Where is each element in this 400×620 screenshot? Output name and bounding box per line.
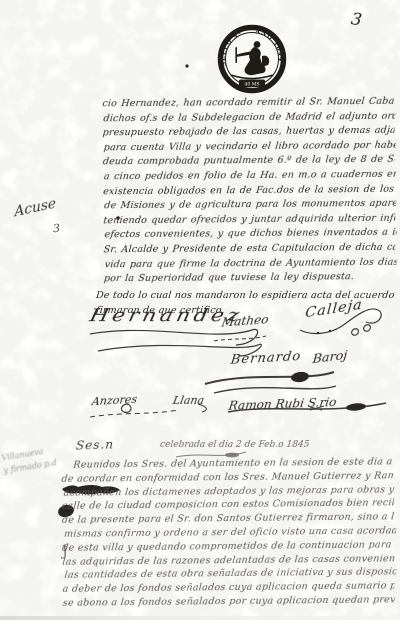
seal-banner-text: 40 MS bbox=[244, 81, 259, 87]
manuscript-page: 3 SELLO 4º AÑO 1844 40 MS bbox=[0, 0, 400, 620]
scan-edge-smudge bbox=[0, 616, 400, 620]
seal-graphic: SELLO 4º AÑO 1844 40 MS bbox=[210, 23, 294, 99]
session-heading: Ses.n bbox=[75, 437, 114, 452]
handwritten-line: se abono a los fondos señalados por cuya… bbox=[62, 593, 395, 610]
margin-note: Acuse bbox=[14, 196, 57, 221]
signature-anzores: Anzores bbox=[91, 393, 138, 408]
signature-baroj: Baroj bbox=[312, 347, 348, 366]
minutes-paragraph: cio Hernandez, han acordado remitir al S… bbox=[102, 95, 396, 287]
handwritten-line: por la Superioridad que tuviese la ley d… bbox=[103, 270, 396, 287]
fiscal-seal-stamp: SELLO 4º AÑO 1844 40 MS bbox=[210, 23, 294, 99]
session-heading-date: celebrada el dia 2 de Feb.o 1845 bbox=[159, 440, 309, 450]
margin-number: 3 bbox=[52, 222, 60, 236]
session-paragraph: Reunidos los Sres. del Ayuntamiento en l… bbox=[61, 455, 395, 610]
signature-llana: Llana bbox=[172, 394, 205, 407]
signature-ramon-rubi: Ramon Rubi S.rio bbox=[228, 395, 338, 413]
signature-bernardo: Bernardo bbox=[230, 349, 302, 368]
page-number: 3 bbox=[350, 9, 364, 30]
signature-matheo: Matheo bbox=[221, 312, 270, 329]
